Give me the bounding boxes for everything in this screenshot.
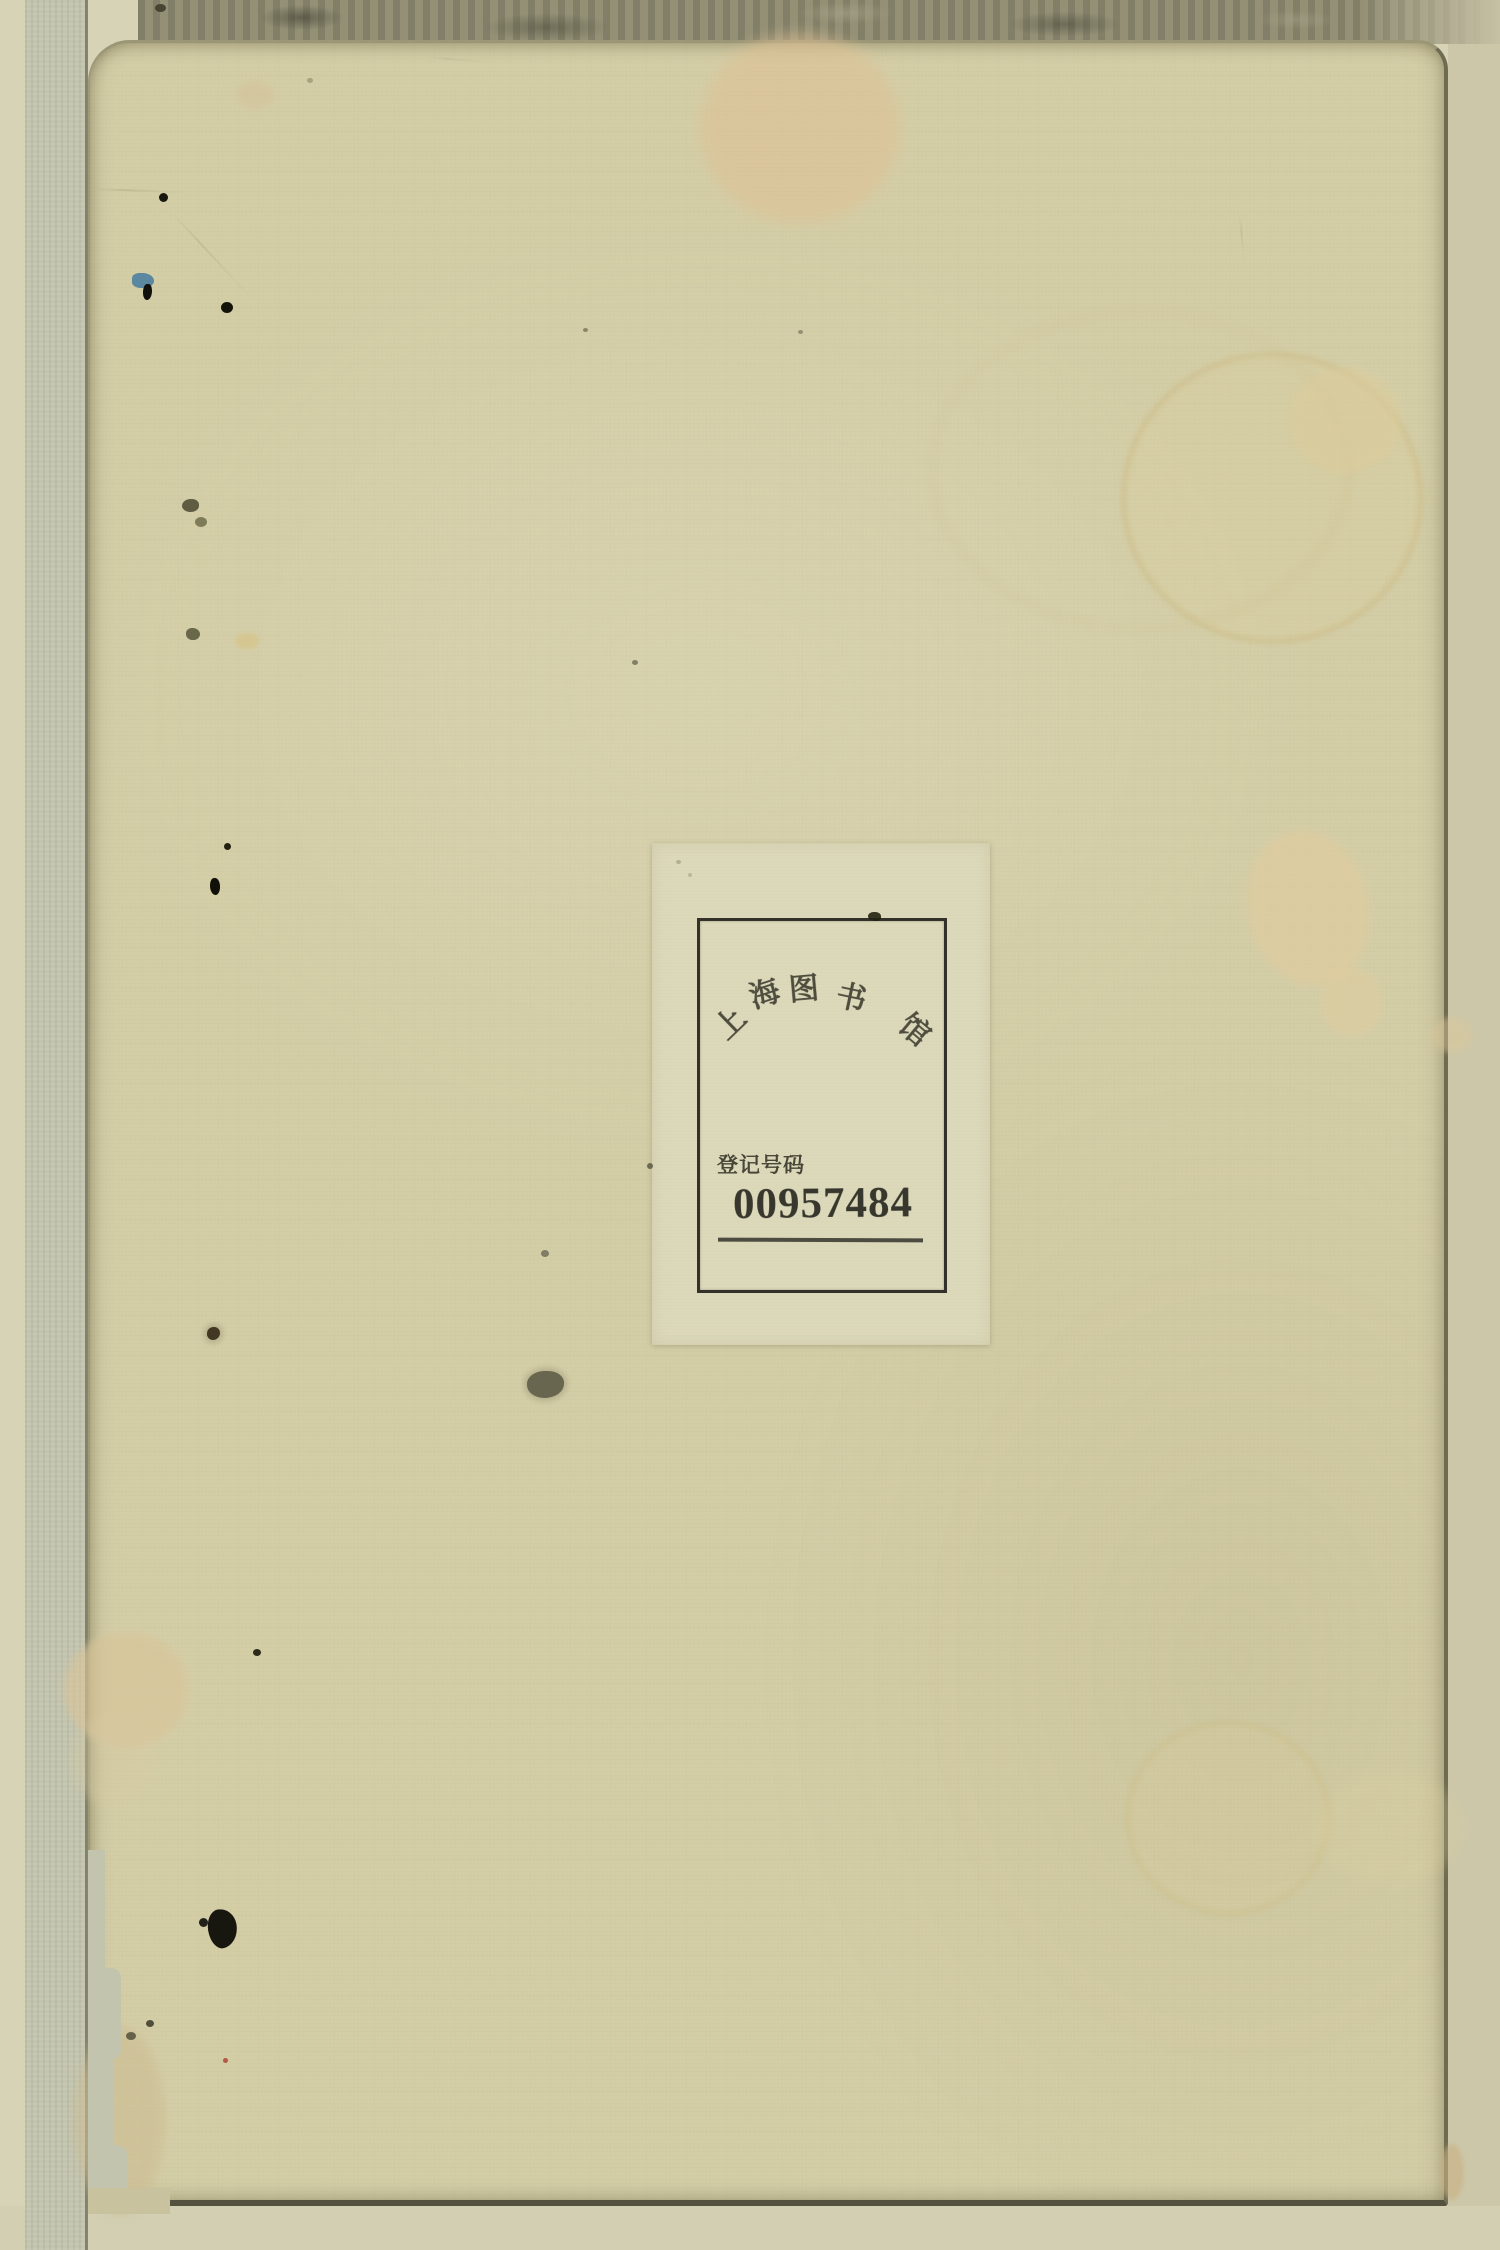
library-name-char: 图 (786, 972, 823, 1009)
library-name-char: 书 (831, 979, 871, 1019)
registration-underline (718, 1238, 923, 1243)
torn-edge-patch (88, 1850, 105, 1975)
scanned-book-cover-photo: 上 海 图 书 馆 登记号码 00957484 (0, 0, 1500, 2250)
backing-paper-right (1448, 0, 1500, 2250)
backing-page-strip (25, 0, 88, 2250)
label-border: 上 海 图 书 馆 登记号码 00957484 (697, 918, 947, 1293)
torn-edge-patch (88, 1968, 121, 2060)
library-name-char: 海 (744, 974, 787, 1017)
library-label: 上 海 图 书 馆 登记号码 00957484 (652, 843, 990, 1345)
backing-paper-bottom (0, 2206, 1500, 2250)
torn-edge-patch (88, 2055, 113, 2150)
library-name-char: 上 (707, 1000, 755, 1048)
backing-top-band (138, 0, 1500, 44)
torn-edge-patch (88, 2188, 170, 2214)
library-name-char: 馆 (890, 1007, 938, 1055)
registration-number: 00957484 (733, 1186, 913, 1222)
registration-field-label: 登记号码 (717, 1149, 805, 1179)
